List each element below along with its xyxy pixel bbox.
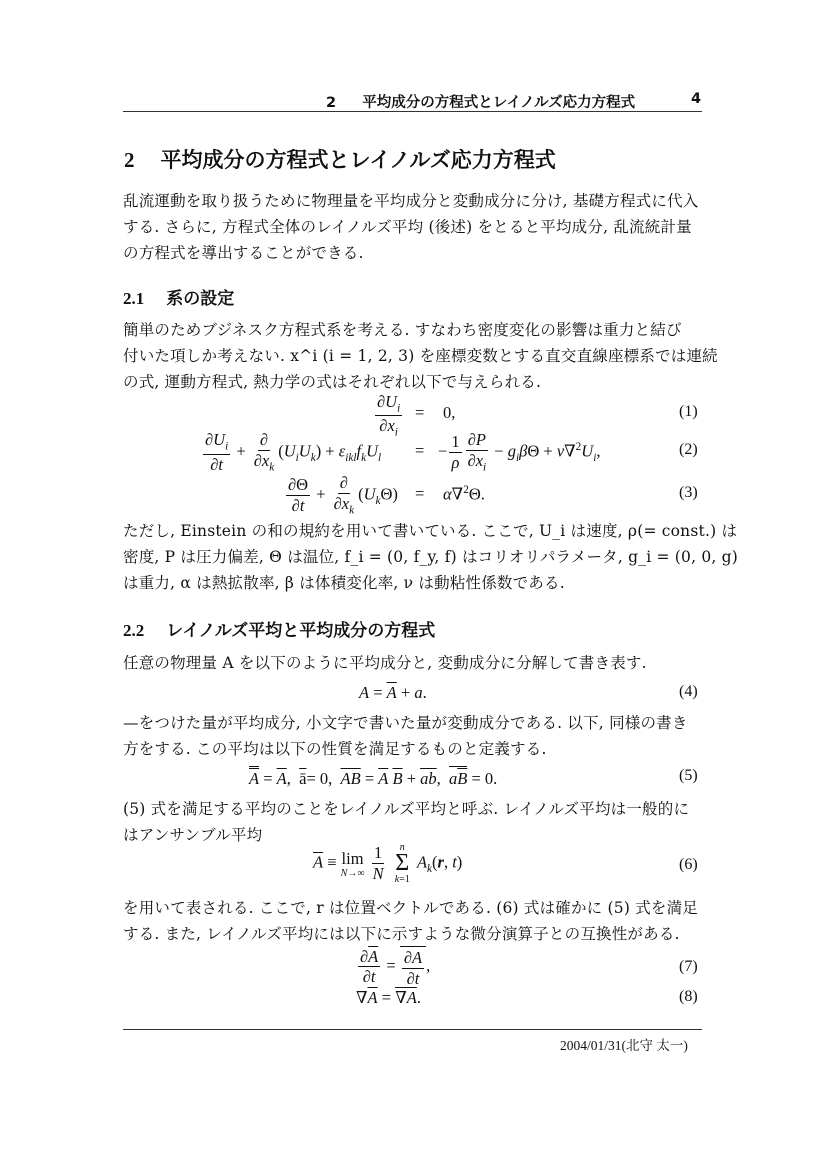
footer-rule — [123, 1029, 702, 1030]
equation-1-equals: = — [415, 403, 424, 423]
intro-line-3: の方程式を導出することができる. — [123, 241, 364, 263]
equation-6: A ≡ limN→∞ 1N nΣk=1 Ak(r, t) — [313, 843, 462, 885]
equation-5: A = A, ā= 0, AB = A B + ab, aB = 0. — [249, 766, 497, 789]
equation-4-number: (4) — [679, 683, 698, 701]
intro-line-1: 乱流運動を取り扱うために物理量を平均成分と変動成分に分け, 基礎方程式に代入 — [123, 189, 698, 211]
para-2-1-line-1: 簡単のためブジネスク方程式系を考える. すなわち密度変化の影響は重力と結び — [123, 318, 682, 340]
section-title: 平均成分の方程式とレイノルズ応力方程式 — [161, 148, 556, 172]
footer-date-author: 2004/01/31(北守 太一) — [560, 1034, 688, 1054]
section-number: 2 — [124, 148, 135, 172]
equation-8: ∇A = ∇A. — [356, 988, 421, 1008]
para-2-1b-line-3: は重力, α は熱拡散率, β は体積変化率, ν は動粘性係数である. — [123, 571, 565, 593]
subsection-heading-2-1: 2.1系の設定 — [123, 284, 234, 309]
section-heading: 2平均成分の方程式とレイノルズ応力方程式 — [124, 144, 556, 174]
equation-8-number: (8) — [679, 988, 698, 1006]
running-header-section-number: 2 — [326, 95, 336, 111]
para-2-2-line-1: 任意の物理量 A を以下のように平均成分と, 変動成分に分解して書き表す. — [123, 651, 647, 673]
equation-6-number: (6) — [679, 856, 698, 874]
equation-3-number: (3) — [679, 484, 698, 502]
subsection-number: 2.1 — [123, 289, 144, 308]
running-header-title: 平均成分の方程式とレイノルズ応力方程式 — [362, 95, 635, 111]
equation-1-number: (1) — [679, 403, 698, 421]
equation-3: ∂Θ∂t + ∂∂xk(UkΘ) — [284, 474, 398, 518]
equation-7: ∂A∂t = ∂A∂t, — [356, 946, 430, 989]
equation-2: ∂Ui∂t + ∂∂xk(UiUk) + εiklfkUl — [201, 431, 381, 475]
para-2-1-line-2: 付いた項しか考えない. x^i (i = 1, 2, 3) を座標変数とする直交… — [123, 344, 718, 366]
running-header: 2 平均成分の方程式とレイノルズ応力方程式 — [326, 91, 635, 112]
para-2-1-line-3: の式, 運動方程式, 熱力学の式はそれぞれ以下で与えられる. — [123, 370, 541, 392]
equation-3-equals: = — [415, 484, 424, 504]
equation-2-number: (2) — [679, 441, 698, 459]
para-2-2d-line-2: する. また, レイノルズ平均には以下に示すような微分演算子との互換性がある. — [123, 922, 680, 944]
equation-3-rhs: α∇2Θ. — [443, 484, 485, 505]
header-rule — [123, 111, 702, 112]
equation-2-equals: = — [415, 441, 424, 461]
para-2-2b-line-1: —をつけた量が平均成分, 小文字で書いた量が変動成分である. 以下, 同様の書き — [123, 711, 688, 733]
para-2-2c-line-1: (5) 式を満足する平均のことをレイノルズ平均と呼ぶ. レイノルズ平均は一般的に — [123, 797, 689, 819]
para-2-1b-line-1: ただし, Einstein の和の規約を用いて書いている. ここで, U_i は… — [123, 519, 737, 541]
para-2-2b-line-2: 方をする. この平均は以下の性質を満足するものと定義する. — [123, 737, 547, 759]
equation-1-rhs: 0, — [443, 403, 455, 423]
page-number: 4 — [691, 91, 701, 107]
subsection-title: 系の設定 — [166, 289, 234, 309]
para-2-2d-line-1: を用いて表される. ここで, r は位置ベクトルである. (6) 式は確かに (… — [123, 896, 698, 918]
equation-5-number: (5) — [679, 767, 698, 785]
equation-2-rhs: −1ρ∂P∂xi − giβΘ + ν∇2Ui, — [438, 431, 600, 475]
equation-4: A = A + a. — [359, 683, 427, 703]
equation-7-number: (7) — [679, 958, 698, 976]
subsection-number: 2.2 — [123, 621, 144, 640]
subsection-heading-2-2: 2.2レイノルズ平均と平均成分の方程式 — [123, 616, 435, 641]
para-2-1b-line-2: 密度, P は圧力偏差, Θ は温位, f_i = (0, f_y, f) はコ… — [123, 545, 738, 567]
para-2-2c-line-2: はアンサンブル平均 — [123, 823, 262, 845]
intro-line-2: する. さらに, 方程式全体のレイノルズ平均 (後述) をとると平均成分, 乱流… — [123, 215, 692, 237]
subsection-title: レイノルズ平均と平均成分の方程式 — [166, 621, 435, 641]
